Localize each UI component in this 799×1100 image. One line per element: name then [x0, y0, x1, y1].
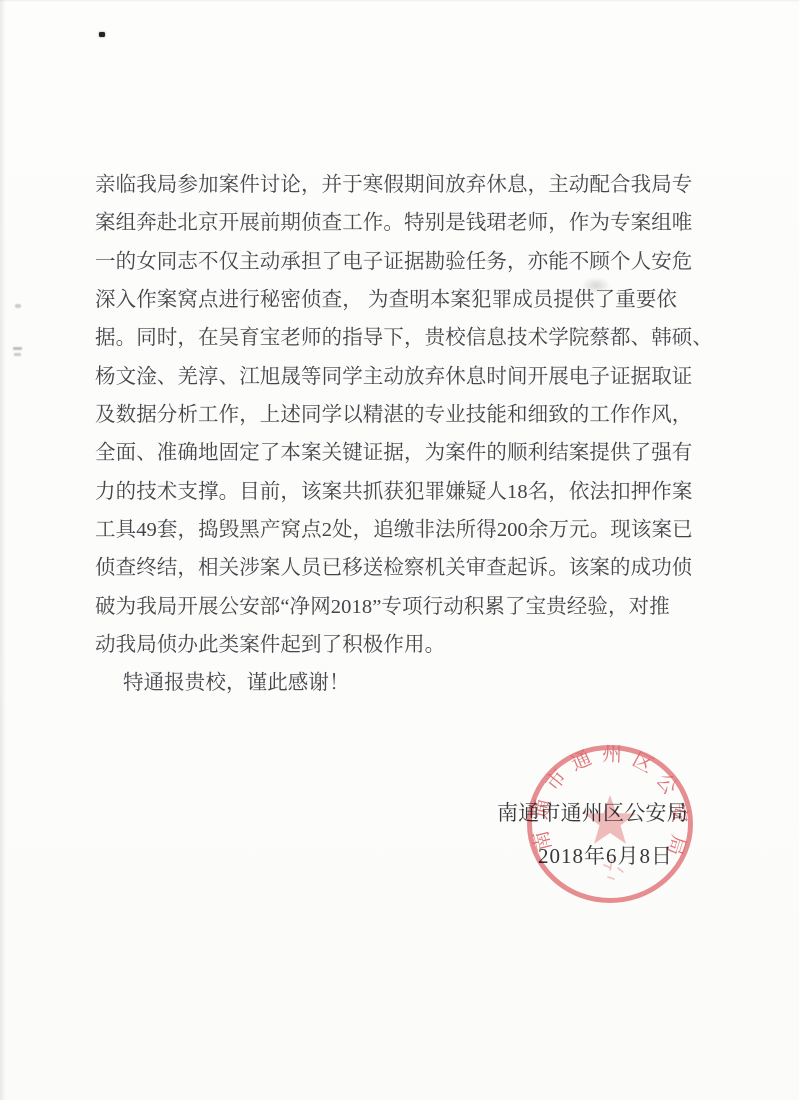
scan-speck-left-2	[13, 347, 22, 350]
scan-edge-shadow-left	[0, 0, 7, 1100]
scan-speck-top	[99, 32, 105, 37]
signature-agency: 南通市通州区公安局	[497, 797, 688, 827]
letter-line: 深入作案窝点进行秘密侦查， 为查明本案犯罪成员提供了重要依	[95, 281, 717, 319]
letter-line: 及数据分析工作，上述同学以精湛的专业技能和细致的工作作风，	[95, 396, 717, 434]
letter-line: 侦查终结，相关涉案人员已移送检察机关审查起诉。该案的成功侦	[95, 549, 717, 587]
letter-line: 全面、准确地固定了本案关键证据，为案件的顺利结案提供了强有	[95, 434, 717, 472]
scan-smudge	[581, 277, 611, 294]
letter-line: 破为我局开展公安部“净网2018”专项行动积累了宝贵经验，对推	[95, 588, 717, 626]
letter-line: 亲临我局参加案件讨论，并于寒假期间放弃休息，主动配合我局专	[95, 166, 717, 204]
scan-edge-shadow-top	[0, 0, 799, 2]
letter-closing-line: 特通报贵校，谨此感谢！	[95, 664, 717, 702]
signature-date: 2018年6月8日	[538, 840, 673, 870]
letter-line: 力的技术支撑。目前，该案共抓获犯罪嫌疑人18名，依法扣押作案	[95, 473, 717, 511]
letter-line: 据。同时，在吴育宝老师的指导下，贵校信息技术学院蔡都、韩硕、	[95, 319, 717, 357]
scan-speck-left-3	[14, 353, 21, 356]
letter-line: 杨文淦、羌淳、江旭晟等同学主动放弃休息时间开展电子证据取证	[95, 358, 717, 396]
letter-line: 工具49套，捣毁黑产窝点2处，追缴非法所得200余万元。现该案已	[95, 511, 717, 549]
letter-line: 案组奔赴北京开展前期侦查工作。特别是钱珺老师，作为专案组唯	[95, 204, 717, 242]
scan-speck-left-1	[15, 304, 21, 308]
letter-line: 动我局侦办此类案件起到了积极作用。	[95, 626, 717, 664]
scanned-letter-page: 亲临我局参加案件讨论，并于寒假期间放弃休息，主动配合我局专 案组奔赴北京开展前期…	[0, 0, 799, 1100]
letter-line: 一的女同志不仅主动承担了电子证据勘验任务，亦能不顾个人安危	[95, 243, 717, 281]
letter-body: 亲临我局参加案件讨论，并于寒假期间放弃休息，主动配合我局专 案组奔赴北京开展前期…	[95, 166, 717, 703]
